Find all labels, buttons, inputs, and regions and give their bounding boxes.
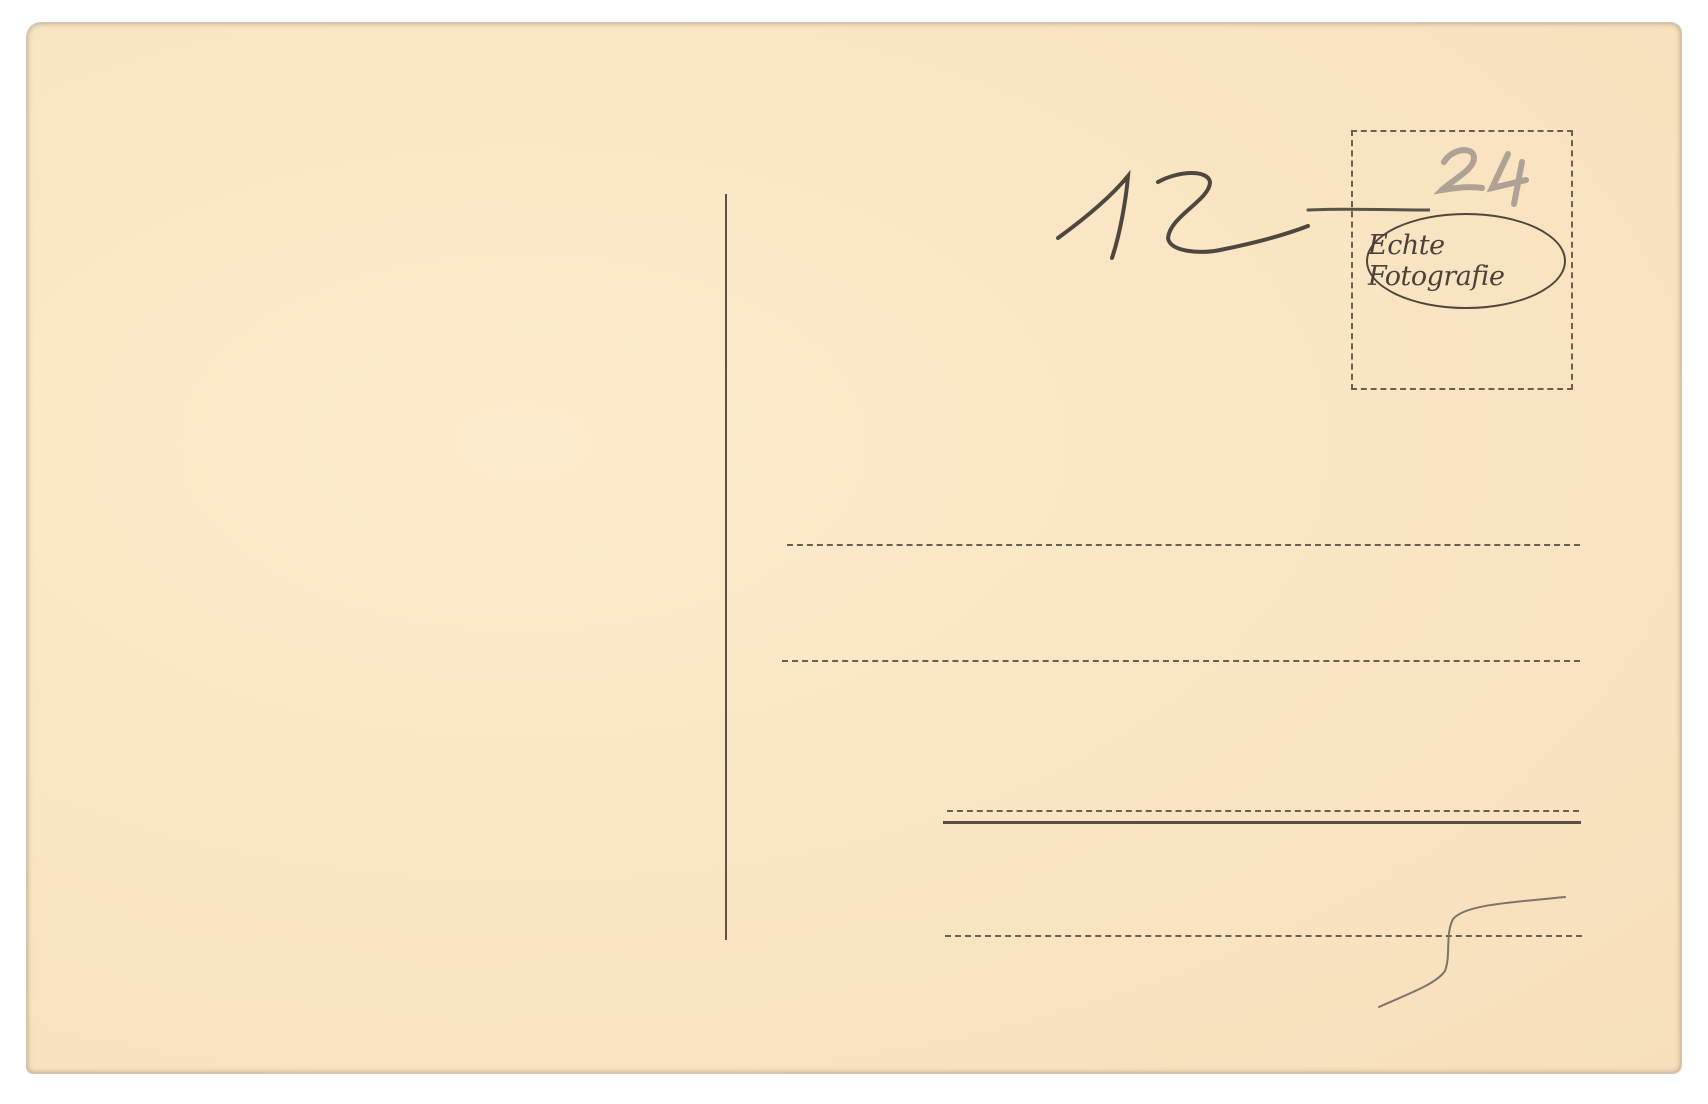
handwritten-number-12 (1050, 170, 1430, 280)
address-line-1 (787, 544, 1580, 546)
address-line-3-underline (943, 821, 1581, 824)
pencil-squiggle (1375, 895, 1575, 1015)
pencil-number-24 (1430, 140, 1550, 210)
address-line-3 (947, 810, 1579, 812)
message-address-divider (725, 194, 727, 940)
address-line-2 (782, 660, 1580, 662)
